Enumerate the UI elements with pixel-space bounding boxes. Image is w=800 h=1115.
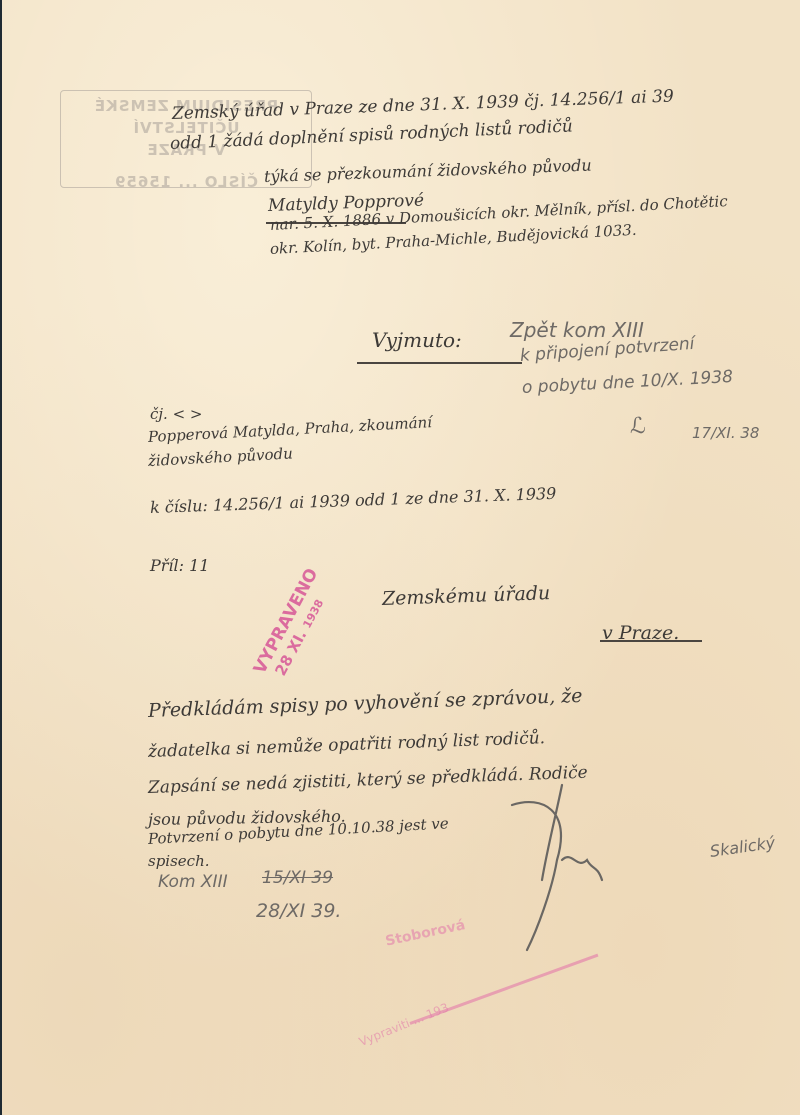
right-signature: Skalický: [709, 833, 777, 861]
stoborova-stamp: Stoborová: [384, 917, 467, 950]
reference-prilohy: Příl: 11: [150, 556, 209, 575]
body-line-6: spisech.: [148, 852, 210, 870]
side-note-signature: ℒ: [630, 414, 646, 439]
stamp-bottom-text: Vypraviti ... 193: [357, 1000, 451, 1049]
vyjmuto-label: Vyjmuto:: [372, 328, 462, 352]
footer-kom: Kom XIII: [158, 872, 228, 892]
body-line-1: Předkládám spisy po vyhovění se zprávou,…: [148, 685, 583, 722]
body-line-2: žadatelka si nemůže opatřiti rodný list …: [148, 728, 546, 762]
reference-cj: čj. < >: [150, 405, 203, 423]
header-line-3: týká se přezkoumání židovského původu: [264, 156, 592, 186]
stoborova-stamp-text: Stoborová: [384, 917, 467, 950]
document-page: PRESIDIUM ZEMSKÉ UČITELSTVÍ V PRAZE ČÍSL…: [2, 0, 800, 1115]
reference-subject-2: židovského původu: [148, 444, 294, 470]
vypraveno-stamp: VYPRAVENO 28 XI. 1938: [250, 565, 338, 686]
footer-struck-date: 15/XI 39: [262, 868, 333, 888]
center-signature: [502, 770, 622, 960]
side-note-signature-date: 17/XI. 38: [692, 424, 759, 442]
vyjmuto-underline: [357, 362, 522, 364]
side-note-line-3: o pobytu dne 10/X. 1938: [521, 367, 733, 398]
addressee-line-1: Zemskému úřadu: [382, 582, 551, 610]
footer-date: 28/XI 39.: [256, 900, 341, 922]
addressee-underline: [600, 640, 702, 642]
reference-k-cislu: k číslu: 14.256/1 ai 1939 odd 1 ze dne 3…: [150, 484, 557, 517]
